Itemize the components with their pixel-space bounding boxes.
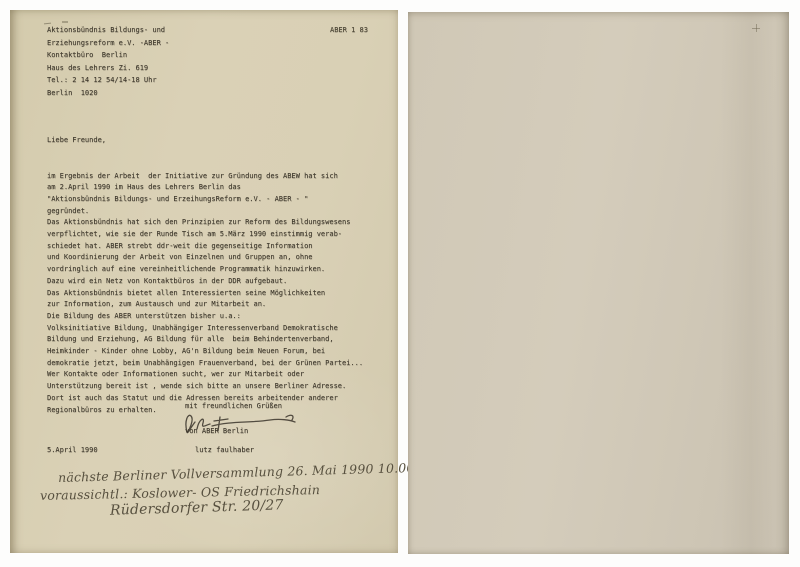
text-line: Wer Kontakte oder Informationen sucht, w… — [47, 369, 363, 381]
text-line: Berlin 1020 — [47, 87, 169, 100]
text-line: Bildung und Erziehung, AG Bildung für al… — [47, 334, 363, 346]
text-line: Heimkinder - Kinder ohne Lobby, AG'n Bil… — [47, 346, 363, 358]
letterhead: Aktionsbündnis Bildungs- undErziehungsre… — [47, 24, 169, 100]
text-line: Das Aktionsbündnis hat sich den Prinzipi… — [47, 217, 363, 229]
signer-name: lutz faulhaber — [195, 444, 254, 456]
text-line: gegründet. — [47, 206, 363, 218]
pencil-mark — [62, 21, 68, 23]
pencil-cross-mark — [752, 24, 760, 32]
blank-page — [408, 12, 789, 554]
text-line: Aktionsbündnis Bildungs- und — [47, 24, 169, 37]
archive-ref-code: ABER 1 83 — [330, 24, 368, 36]
scanned-letter: ABER 1 83 Aktionsbündnis Bildungs- undEr… — [0, 0, 800, 567]
text-line: Tel.: 2 14 12 54/14-18 Uhr — [47, 74, 169, 87]
text-line: schiedet hat. ABER strebt ddr-weit die g… — [47, 241, 363, 253]
text-line: zur Information, zum Austausch und zur M… — [47, 299, 363, 311]
text-line: verpflichtet, wie sie der Runde Tisch am… — [47, 229, 363, 241]
text-line: Erziehungsreform e.V. -ABER - — [47, 37, 169, 50]
text-line: demokratie jetzt, beim Unabhängigen Frau… — [47, 358, 363, 370]
salutation: Liebe Freunde, — [47, 135, 363, 147]
closing-org: von ABER Berlin — [185, 425, 248, 437]
text-line: Volksinitiative Bildung, Unabhängiger In… — [47, 323, 363, 335]
text-line: vordringlich auf eine vereinheitlichende… — [47, 264, 363, 276]
text-line: Kontaktbüro Berlin — [47, 49, 169, 62]
date-line: 5.April 1990 — [47, 444, 98, 456]
text-line: am 2.April 1990 im Haus des Lehrers Berl… — [47, 182, 363, 194]
body-paragraph: im Ergebnis der Arbeit der Initiative zu… — [47, 171, 363, 417]
text-line: Dazu wird ein Netz von Kontaktbüros in d… — [47, 276, 363, 288]
text-line: "Aktionsbündnis Bildungs- und Erzeihungs… — [47, 194, 363, 206]
text-line: Die Bildung des ABER unterstützen bisher… — [47, 311, 363, 323]
text-line: im Ergebnis der Arbeit der Initiative zu… — [47, 171, 363, 183]
letter-body: Liebe Freunde, im Ergebnis der Arbeit de… — [47, 112, 363, 440]
text-line: Haus des Lehrers Zi. 619 — [47, 62, 169, 75]
letter-page: ABER 1 83 Aktionsbündnis Bildungs- undEr… — [10, 10, 398, 553]
handwritten-note-line-1: nächste Berliner Vollversammlung 26. Mai… — [58, 460, 415, 485]
text-line: Das Aktionsbündnis bietet allen Interess… — [47, 288, 363, 300]
text-line: und Koordinierung der Arbeit von Einzeln… — [47, 252, 363, 264]
text-line: Unterstützung bereit ist , wende sich bi… — [47, 381, 363, 393]
